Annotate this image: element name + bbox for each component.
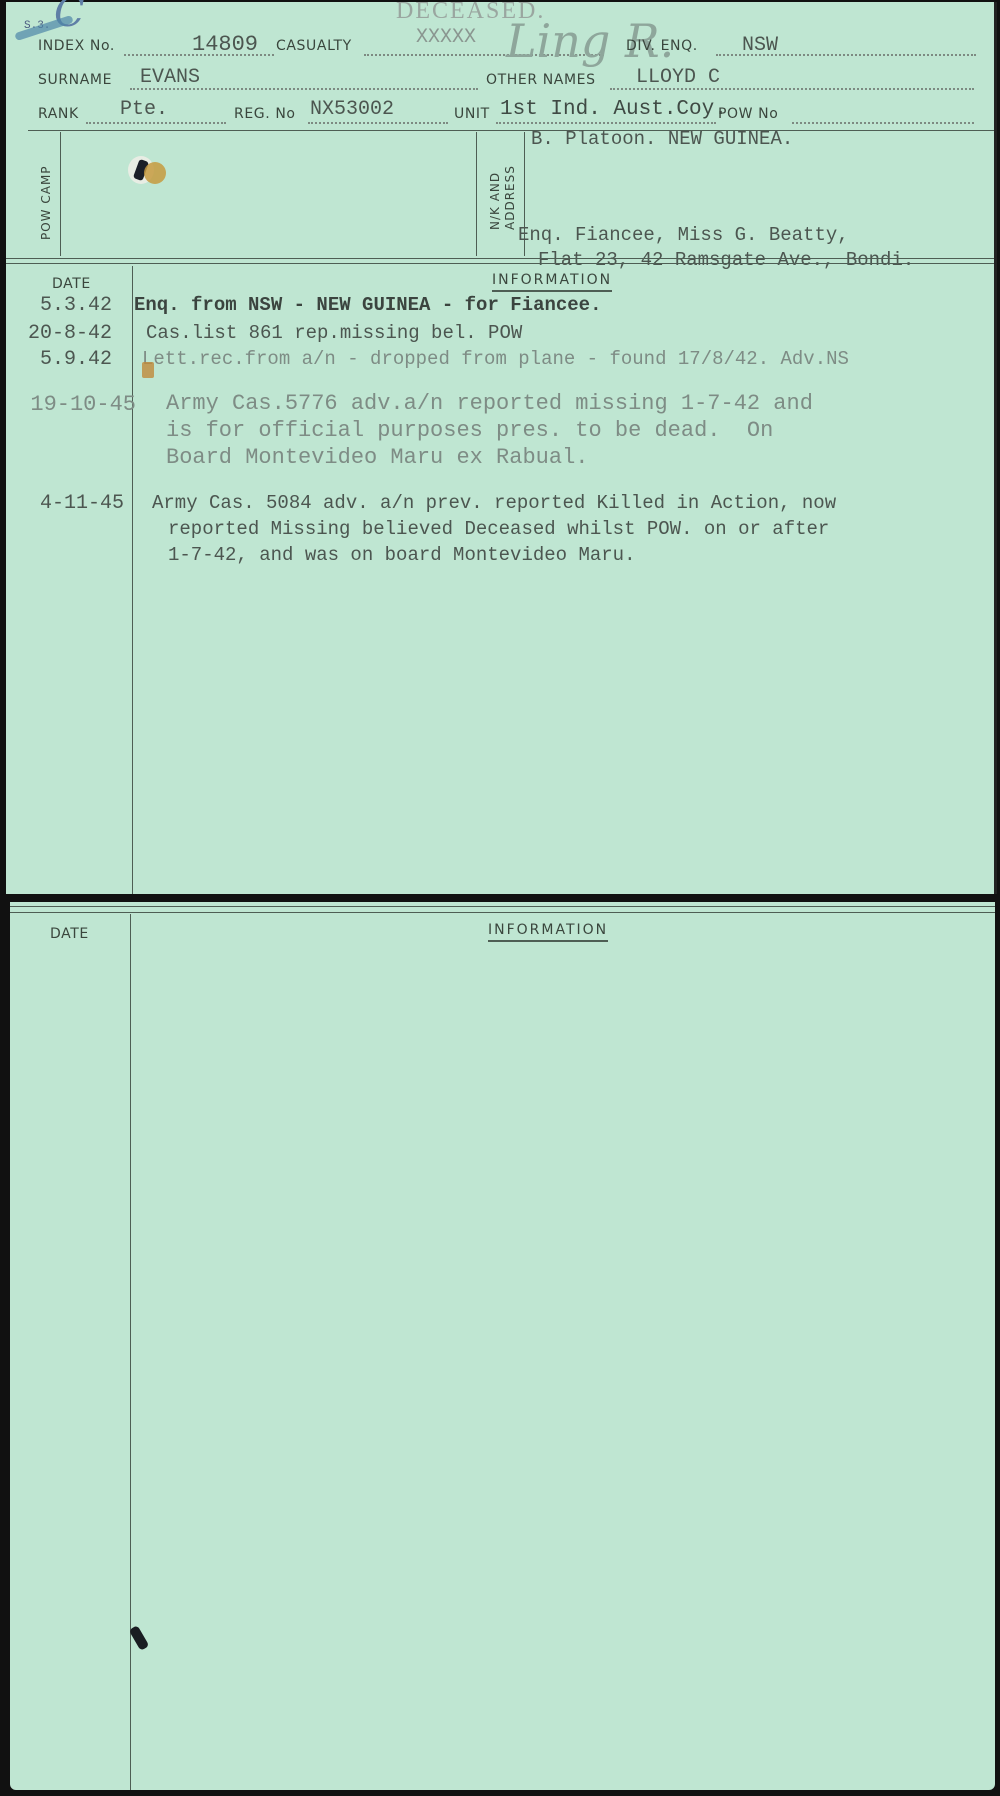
- casualty-value: XXXXX: [416, 26, 476, 49]
- row-info: Lett.rec.from a/n - dropped from plane -…: [142, 346, 849, 372]
- row-info: Cas.list 861 rep.missing bel. POW: [146, 320, 522, 346]
- ink-mark: [129, 1625, 150, 1651]
- row-info: Army Cas.5776 adv.a/n reported missing 1…: [166, 390, 813, 417]
- row-date: 5.9.42: [0, 348, 112, 371]
- row-date: 20-8-42: [0, 322, 112, 345]
- date-header: DATE: [52, 276, 91, 292]
- rank-value: Pte.: [120, 98, 168, 121]
- unit-label: UNIT: [454, 106, 490, 122]
- row-info: 1-7-42, and was on board Montevideo Maru…: [168, 542, 635, 568]
- card-back: DATE INFORMATION: [10, 902, 995, 1790]
- row-info: Army Cas. 5084 adv. a/n prev. reported K…: [152, 490, 836, 516]
- row-date: 4-11-45: [4, 492, 124, 515]
- row-info: reported Missing believed Deceased whils…: [168, 516, 829, 542]
- casualty-label: CASUALTY: [276, 38, 352, 54]
- reg-no-value: NX53002: [310, 98, 394, 121]
- nok-label-line2: ADDRESS: [503, 165, 517, 230]
- surname-value: EVANS: [140, 66, 200, 89]
- div-enq-value: NSW: [742, 34, 778, 57]
- row-date: 5.3.42: [0, 294, 112, 317]
- rust-stain: [142, 362, 154, 378]
- index-no-value: 14809: [192, 32, 258, 57]
- row-date: 19-10-45: [16, 392, 136, 417]
- nok-line-1: B. Platoon. NEW GUINEA.: [531, 128, 793, 150]
- information-header: INFORMATION: [492, 272, 612, 292]
- staple-hole: [128, 152, 172, 186]
- other-names-label: OTHER NAMES: [486, 72, 596, 88]
- surname-label: SURNAME: [38, 72, 112, 88]
- rank-label: RANK: [38, 106, 79, 122]
- row-info: Enq. from NSW - NEW GUINEA - for Fiancee…: [134, 292, 601, 318]
- back-information-header: INFORMATION: [488, 922, 608, 942]
- index-no-label: INDEX No.: [38, 38, 115, 54]
- nok-label-line1: N/K AND: [488, 172, 502, 230]
- unit-value: 1st Ind. Aust.Coy.: [500, 98, 727, 121]
- row-info: is for official purposes pres. to be dea…: [166, 417, 773, 444]
- nok-line-2: Enq. Fiancee, Miss G. Beatty,: [518, 224, 849, 246]
- other-names-value: LLOYD C: [636, 66, 720, 89]
- div-enq-label: DIV. ENQ.: [626, 38, 698, 54]
- row-info: Board Montevideo Maru ex Rabual.: [166, 444, 588, 471]
- card-front: S.3. C DECEASED. INDEX No. 14809 CASUALT…: [6, 2, 997, 894]
- nok-line-3: Flat 23, 42 Ramsgate Ave., Bondi.: [538, 249, 914, 271]
- reg-no-label: REG. No: [234, 106, 296, 122]
- pow-no-label: POW No: [718, 106, 778, 122]
- pow-camp-label: POW CAMP: [39, 165, 53, 240]
- back-date-header: DATE: [50, 926, 89, 942]
